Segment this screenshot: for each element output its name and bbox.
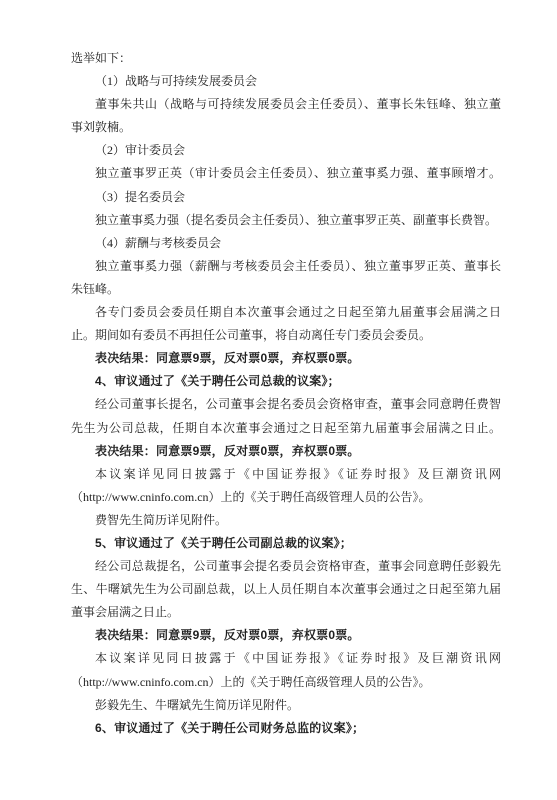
- doc-line: 本议案详见同日披露于《中国证券报》《证券时报》及巨潮资讯网: [71, 647, 501, 670]
- doc-line: 经公司董事长提名，公司董事会提名委员会资格审查，董事会同意聘任费智: [71, 393, 501, 416]
- doc-line: （1）战略与可持续发展委员会: [71, 70, 501, 93]
- doc-line: 事刘敦楠。: [71, 116, 501, 139]
- doc-line-item6-heading: 6、审议通过了《关于聘任公司财务总监的议案》；: [71, 717, 501, 740]
- doc-line: （3）提名委员会: [71, 186, 501, 209]
- doc-line: 各专门委员会委员任期自本次董事会通过之日起至第九届董事会届满之日: [71, 301, 501, 324]
- doc-line-disclosure-url: （http://www.cninfo.com.cn）上的《关于聘任高级管理人员的…: [71, 486, 501, 509]
- doc-line: 经公司总裁提名，公司董事会提名委员会资格审查，董事会同意聘任彭毅先: [71, 555, 501, 578]
- doc-line: 朱钰峰。: [71, 278, 501, 301]
- document-text-block: 选举如下： （1）战略与可持续发展委员会 董事朱共山（战略与可持续发展委员会主任…: [71, 47, 501, 740]
- doc-line: 本议案详见同日披露于《中国证券报》《证券时报》及巨潮资讯网: [71, 463, 501, 486]
- doc-line-vote-result: 表决结果：同意票9票，反对票0票，弃权票0票。: [71, 624, 501, 647]
- document-page: 选举如下： （1）战略与可持续发展委员会 董事朱共山（战略与可持续发展委员会主任…: [0, 0, 557, 800]
- doc-line: 独立董事罗正英（审计委员会主任委员）、独立董事奚力强、董事顾增才。: [71, 162, 501, 185]
- doc-line: 止。期间如有委员不再担任公司董事，将自动离任专门委员会委员。: [71, 324, 501, 347]
- doc-line-vote-result: 表决结果：同意票9票，反对票0票，弃权票0票。: [71, 440, 501, 463]
- doc-line: 选举如下：: [71, 47, 501, 70]
- doc-line: 先生为公司总裁，任期自本次董事会通过之日起至第九届董事会届满之日止。: [71, 417, 501, 440]
- doc-line: 独立董事奚力强（提名委员会主任委员）、独立董事罗正英、副董事长费智。: [71, 209, 501, 232]
- document-screenshot: { "page": { "background_color": "#ffffff…: [0, 0, 557, 800]
- doc-line-item4-heading: 4、审议通过了《关于聘任公司总裁的议案》；: [71, 370, 501, 393]
- doc-line-disclosure-url: （http://www.cninfo.com.cn）上的《关于聘任高级管理人员的…: [71, 671, 501, 694]
- doc-line: 费智先生简历详见附件。: [71, 509, 501, 532]
- doc-line: （2）审计委员会: [71, 139, 501, 162]
- doc-line: 生、牛曙斌先生为公司副总裁，以上人员任期自本次董事会通过之日起至第九届: [71, 578, 501, 601]
- doc-line: 董事会届满之日止。: [71, 601, 501, 624]
- doc-line: 独立董事奚力强（薪酬与考核委员会主任委员）、独立董事罗正英、董事长: [71, 255, 501, 278]
- doc-line-vote-result: 表决结果：同意票9票，反对票0票，弃权票0票。: [71, 347, 501, 370]
- doc-line: 董事朱共山（战略与可持续发展委员会主任委员）、董事长朱钰峰、独立董: [71, 93, 501, 116]
- doc-line: （4）薪酬与考核委员会: [71, 232, 501, 255]
- doc-line-item5-heading: 5、审议通过了《关于聘任公司副总裁的议案》；: [71, 532, 501, 555]
- doc-line: 彭毅先生、牛曙斌先生简历详见附件。: [71, 694, 501, 717]
